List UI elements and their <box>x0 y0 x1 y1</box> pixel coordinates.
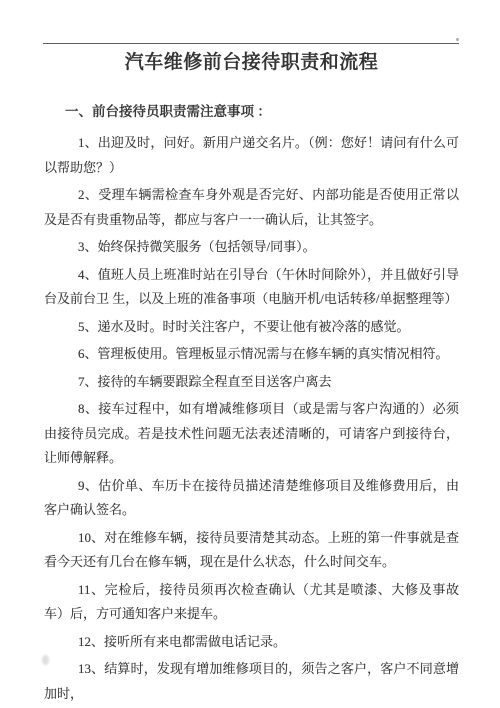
list-item: 13、结算时，发现有增加维修项目的，须告之客户，客户不同意增加时， <box>44 657 459 706</box>
list-item: 6、管理板使用。管理板显示情况需与在修车辆的真实情况相符。 <box>44 342 459 367</box>
list-item: 12、接听所有来电都需做电话记录。 <box>44 630 459 655</box>
scan-artifact-dot <box>456 38 459 41</box>
list-item: 3、始终保持微笑服务（包括领导/同事）。 <box>44 235 459 260</box>
list-item: 1、出迎及时，问好。新用户递交名片。（例：您好！请问有什么可以帮助您？） <box>44 131 459 180</box>
list-item: 9、估价单、车历卡在接待员描述清楚维修项目及维修费用后，由客户确认签名。 <box>44 474 459 523</box>
list-item: 8、接车过程中，如有增减维修项目（或是需与客户沟通的）必须由接待员完成。若是技术… <box>44 397 459 471</box>
page-title: 汽车维修前台接待职责和流程 <box>44 49 459 77</box>
document-page: 汽车维修前台接待职责和流程 一、前台接待员职责需注意事项 ： 1、出迎及时，问好… <box>0 0 500 708</box>
list-item: 10、对在维修车辆，接待员要清楚其动态。上班的第一件事就是查看今天还有几台在修车… <box>44 526 459 575</box>
title-divider-line <box>43 43 459 44</box>
list-item: 11、完检后，接待员须再次检查确认（尤其是喷漆、大修及事故车）后，方可通知客户来… <box>44 578 459 627</box>
list-item: 2、受理车辆需检查车身外观是否完好、内部功能是否使用正常以及是否有贵重物品等，都… <box>44 183 459 232</box>
numbered-list: 1、出迎及时，问好。新用户递交名片。（例：您好！请问有什么可以帮助您？） 2、受… <box>44 131 459 706</box>
scan-artifact-smudge <box>42 655 49 665</box>
list-item: 7、接待的车辆要跟踪全程直至目送客户离去 <box>44 370 459 395</box>
list-item: 5、递水及时。时时关注客户，不要让他有被冷落的感觉。 <box>44 315 459 340</box>
list-item: 4、值班人员上班准时站在引导台（午休时间除外），并且做好引导台及前台卫 生，以及… <box>44 263 459 312</box>
document-body: 汽车维修前台接待职责和流程 一、前台接待员职责需注意事项 ： 1、出迎及时，问好… <box>0 0 500 706</box>
section-heading: 一、前台接待员职责需注意事项 ： <box>44 103 459 121</box>
